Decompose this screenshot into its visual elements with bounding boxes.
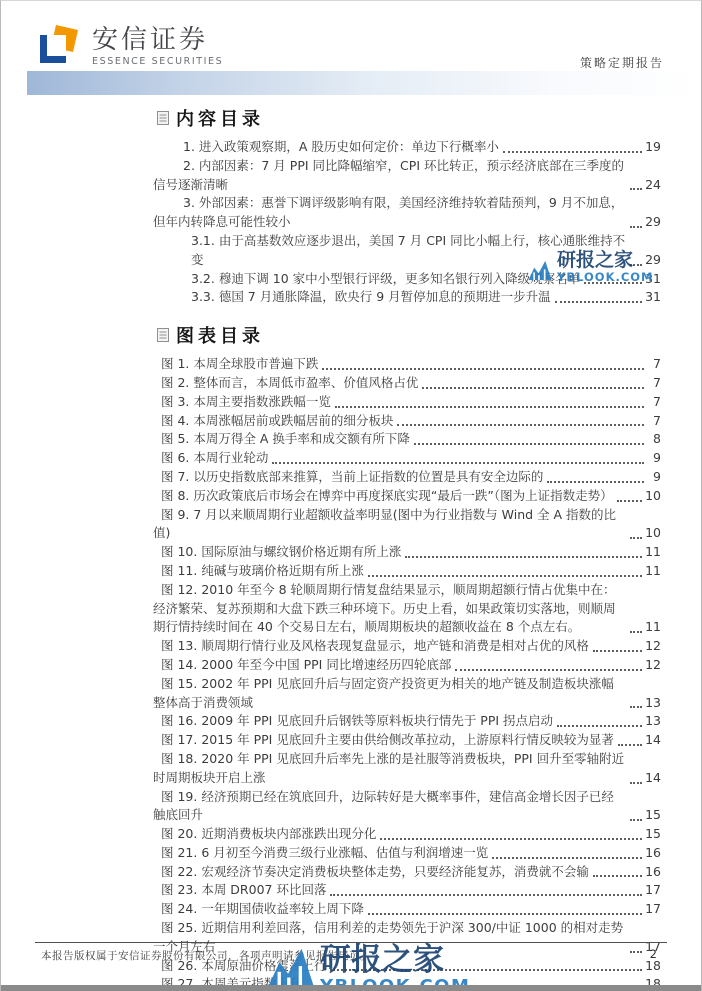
figure-entry: 图 6. 本周行业轮动9 xyxy=(153,449,661,468)
entry-page-number: 7 xyxy=(647,412,661,431)
figure-entry: 图 18. 2020 年 PPI 见底回升后率先上涨的是社服等消费板块，PPI … xyxy=(153,750,661,788)
entry-text: 图 19. 经济预期已经在筑底回升，边际转好是大概率事件，建信高金增长因子已经触… xyxy=(153,788,626,826)
entry-text: 3. 外部因素：惠誉下调评级影响有限，美国经济维持软着陆预判，9 月不加息，但年… xyxy=(153,194,626,232)
leader-dots xyxy=(414,443,644,445)
entry-label: 3. xyxy=(183,195,195,210)
page-bottom-strip xyxy=(1,985,701,991)
leader-dots xyxy=(547,481,644,483)
leader-dots xyxy=(630,951,642,953)
figure-entry: 图 10. 国际原油与螺纹钢价格近期有所上涨11 xyxy=(153,543,661,562)
entry-text: 图 6. 本周行业轮动 xyxy=(153,449,268,468)
figure-entry: 图 13. 顺周期行情行业及风格表现复盘显示，地产链和消费是相对占优的风格12 xyxy=(153,637,661,656)
leader-dots xyxy=(630,706,642,708)
entry-text: 图 15. 2002 年 PPI 见底回升后与固定资产投资更为相关的地产链及制造… xyxy=(153,675,626,713)
entry-page-number: 16 xyxy=(645,844,661,863)
watermark-site: YBLOOK.COM xyxy=(557,271,654,284)
watermark-name: 研报之家 xyxy=(320,944,470,977)
entry-label: 图 16. xyxy=(161,713,197,728)
entry-page-number: 17 xyxy=(645,881,661,900)
watermark-name: 研报之家 xyxy=(557,251,654,271)
entry-label: 图 1. xyxy=(161,356,189,371)
entry-text: 图 4. 本周涨幅居前或跌幅居前的细分板块 xyxy=(153,412,393,431)
entry-text: 图 10. 国际原油与螺纹钢价格近期有所上涨 xyxy=(153,543,401,562)
figures-section-title: 图表目录 xyxy=(157,322,661,348)
figure-entry: 图 16. 2009 年 PPI 见底回升后钢铁等原料板块行情先于 PPI 拐点… xyxy=(153,712,661,731)
entry-text: 图 24. 一年期国债收益率较上周下降 xyxy=(153,900,364,919)
entry-page-number: 13 xyxy=(645,712,661,731)
entry-label: 图 17. xyxy=(161,732,197,747)
leader-dots xyxy=(630,631,642,633)
leader-dots xyxy=(330,894,642,896)
leader-dots xyxy=(630,537,642,539)
watermark-top: 研报之家 YBLOOK.COM xyxy=(528,251,654,289)
entry-label: 图 21. xyxy=(161,845,197,860)
toc-entry: 3.3. 德国 7 月通胀降温，欧央行 9 月暂停加息的预期进一步升温31 xyxy=(153,288,661,307)
entry-page-number: 14 xyxy=(645,731,661,750)
leader-dots xyxy=(593,650,642,652)
leader-dots xyxy=(380,838,642,840)
entry-label: 图 19. xyxy=(161,789,197,804)
entry-text: 图 21. 6 月初至今消费三级行业涨幅、估值与利润增速一览 xyxy=(153,844,488,863)
entry-label: 图 24. xyxy=(161,901,197,916)
report-type-label: 策略定期报告 xyxy=(580,54,664,71)
leader-dots xyxy=(630,226,642,228)
leader-dots xyxy=(397,424,644,426)
entry-label: 图 3. xyxy=(161,394,189,409)
toc-entry: 2. 内部因素：7 月 PPI 同比降幅缩窄，CPI 环比转正，预示经济底部在三… xyxy=(153,157,661,195)
leader-dots xyxy=(335,406,644,408)
entry-page-number: 7 xyxy=(647,374,661,393)
figure-entry: 图 3. 本周主要指数涨跌幅一览7 xyxy=(153,393,661,412)
figure-entry: 图 11. 纯碱与玻璃价格近期有所上涨11 xyxy=(153,562,661,581)
leader-dots xyxy=(405,556,642,558)
figure-entry: 图 15. 2002 年 PPI 见底回升后与固定资产投资更为相关的地产链及制造… xyxy=(153,675,661,713)
toc-entry: 1. 进入政策观察期，A 股历史如何定价：单边下行概率小19 xyxy=(153,138,661,157)
entry-label: 图 9. xyxy=(161,507,189,522)
entry-text: 图 18. 2020 年 PPI 见底回升后率先上涨的是社服等消费板块，PPI … xyxy=(153,750,626,788)
entry-label: 图 6. xyxy=(161,450,189,465)
watermark-text: 研报之家 YBLOOK.COM xyxy=(320,944,470,991)
leader-dots xyxy=(630,188,642,190)
entry-text: 图 3. 本周主要指数涨跌幅一览 xyxy=(153,393,331,412)
brand-logo-icon xyxy=(36,25,82,65)
entry-text: 图 17. 2015 年 PPI 见底回升主要由供给侧改革拉动，上游原料行情反映… xyxy=(153,731,614,750)
entry-page-number: 8 xyxy=(647,430,661,449)
brand-text: 安信证券 ESSENCE SECURITIES xyxy=(92,25,223,67)
figure-entry: 图 22. 宏观经济节奏决定消费板块整体走势，只要经济能复苏，消费就不会输16 xyxy=(153,863,661,882)
entry-label: 图 13. xyxy=(161,638,197,653)
toc-section-title: 内容目录 xyxy=(157,105,661,131)
entry-page-number: 14 xyxy=(645,769,661,788)
leader-dots xyxy=(617,500,643,502)
entry-label: 图 12. xyxy=(161,582,197,597)
leader-dots xyxy=(618,744,642,746)
entry-label: 1. xyxy=(183,139,195,154)
entry-text: 图 12. 2010 年至今 8 轮顺周期行情复盘结果显示，顺周期超额行情占优集… xyxy=(153,581,626,637)
figure-entry: 图 7. 以历史指数底部来推算，当前上证指数的位置是具有安全边际的9 xyxy=(153,468,661,487)
figures-section-icon xyxy=(157,328,169,342)
entry-page-number: 11 xyxy=(645,543,661,562)
figures-list: 图 1. 本周全球股市普遍下跌7图 2. 整体而言，本周低市盈率、价值风格占优7… xyxy=(153,355,661,991)
watermark-logo-icon xyxy=(267,944,315,990)
brand-block: 安信证券 ESSENCE SECURITIES xyxy=(36,25,223,67)
entry-text: 1. 进入政策观察期，A 股历史如何定价：单边下行概率小 xyxy=(153,138,499,157)
figure-entry: 图 14. 2000 年至今中国 PPI 同比增速经历四轮底部12 xyxy=(153,656,661,675)
figure-entry: 图 8. 历次政策底后市场会在博弈中再度探底实现“最后一跌”（图为上证指数走势）… xyxy=(153,487,661,506)
entry-text: 图 20. 近期消费板块内部涨跌出现分化 xyxy=(153,825,376,844)
entry-page-number: 7 xyxy=(647,355,661,374)
figure-entry: 图 24. 一年期国债收益率较上周下降17 xyxy=(153,900,661,919)
entry-page-number: 29 xyxy=(645,213,661,232)
entry-text: 3.3. 德国 7 月通胀降温，欧央行 9 月暂停加息的预期进一步升温 xyxy=(191,288,551,307)
entry-page-number: 11 xyxy=(645,562,661,581)
brand-name-cn: 安信证券 xyxy=(92,25,223,55)
entry-page-number: 11 xyxy=(645,618,661,637)
figure-entry: 图 23. 本周 DR007 环比回落17 xyxy=(153,881,661,900)
entry-page-number: 13 xyxy=(645,694,661,713)
entry-page-number: 9 xyxy=(647,449,661,468)
entry-label: 图 15. xyxy=(161,676,197,691)
figure-entry: 图 17. 2015 年 PPI 见底回升主要由供给侧改革拉动，上游原料行情反映… xyxy=(153,731,661,750)
entry-page-number: 19 xyxy=(645,138,661,157)
report-page: 安信证券 ESSENCE SECURITIES 策略定期报告 内容目录 1. 进… xyxy=(0,0,702,991)
entry-page-number: 31 xyxy=(645,288,661,307)
leader-dots xyxy=(455,669,642,671)
leader-dots xyxy=(557,725,642,727)
figure-entry: 图 5. 本周万得全 A 换手率和成交额有所下降8 xyxy=(153,430,661,449)
toc-section-title-text: 内容目录 xyxy=(176,105,264,131)
watermark-logo-icon xyxy=(528,251,552,289)
figure-entry: 图 2. 整体而言，本周低市盈率、价值风格占优7 xyxy=(153,374,661,393)
entry-label: 图 23. xyxy=(161,882,197,897)
header-divider-bar xyxy=(27,71,701,95)
entry-label: 图 8. xyxy=(161,488,189,503)
toc-entry: 3. 外部因素：惠誉下调评级影响有限，美国经济维持软着陆预判，9 月不加息，但年… xyxy=(153,194,661,232)
entry-text: 3.2. 穆迪下调 10 家中小型银行评级，更多知名银行列入降级观察名单 xyxy=(191,270,580,289)
entry-label: 3.1. xyxy=(191,233,215,248)
entry-label: 图 7. xyxy=(161,469,189,484)
entry-page-number: 24 xyxy=(645,176,661,195)
figures-section-title-text: 图表目录 xyxy=(176,322,264,348)
entry-text: 图 1. 本周全球股市普遍下跌 xyxy=(153,355,318,374)
figure-entry: 图 4. 本周涨幅居前或跌幅居前的细分板块7 xyxy=(153,412,661,431)
leader-dots xyxy=(368,913,642,915)
leader-dots xyxy=(492,857,642,859)
entry-label: 图 2. xyxy=(161,375,189,390)
entry-text: 图 8. 历次政策底后市场会在博弈中再度探底实现“最后一跌”（图为上证指数走势） xyxy=(153,487,613,506)
leader-dots xyxy=(422,387,644,389)
entry-page-number: 10 xyxy=(645,524,661,543)
figure-entry: 图 12. 2010 年至今 8 轮顺周期行情复盘结果显示，顺周期超额行情占优集… xyxy=(153,581,661,637)
entry-label: 图 14. xyxy=(161,657,197,672)
leader-dots xyxy=(630,782,642,784)
entry-page-number: 17 xyxy=(645,900,661,919)
entry-page-number: 12 xyxy=(645,637,661,656)
figure-entry: 图 20. 近期消费板块内部涨跌出现分化15 xyxy=(153,825,661,844)
entry-text: 2. 内部因素：7 月 PPI 同比降幅缩窄，CPI 环比转正，预示经济底部在三… xyxy=(153,157,626,195)
toc-content: 内容目录 1. 进入政策观察期，A 股历史如何定价：单边下行概率小192. 内部… xyxy=(153,97,661,991)
entry-text: 图 14. 2000 年至今中国 PPI 同比增速经历四轮底部 xyxy=(153,656,451,675)
entry-text: 图 2. 整体而言，本周低市盈率、价值风格占优 xyxy=(153,374,418,393)
entry-text: 图 16. 2009 年 PPI 见底回升后钢铁等原料板块行情先于 PPI 拐点… xyxy=(153,712,553,731)
leader-dots xyxy=(322,368,644,370)
entry-page-number: 12 xyxy=(645,656,661,675)
figure-entry: 图 19. 经济预期已经在筑底回升，边际转好是大概率事件，建信高金增长因子已经触… xyxy=(153,788,661,826)
entry-label: 图 20. xyxy=(161,826,197,841)
entry-label: 图 18. xyxy=(161,751,197,766)
entry-label: 3.3. xyxy=(191,289,215,304)
entry-label: 图 25. xyxy=(161,920,197,935)
entry-label: 图 22. xyxy=(161,864,197,879)
leader-dots xyxy=(272,462,644,464)
entry-label: 图 5. xyxy=(161,431,189,446)
leader-dots xyxy=(593,875,642,877)
entry-label: 图 11. xyxy=(161,563,197,578)
entry-page-number: 10 xyxy=(645,487,661,506)
entry-page-number: 15 xyxy=(645,825,661,844)
watermark-bottom: 研报之家 YBLOOK.COM xyxy=(267,944,470,991)
footer-page-number: 2 xyxy=(650,947,657,961)
entry-page-number: 7 xyxy=(647,393,661,412)
entry-page-number: 9 xyxy=(647,468,661,487)
entry-label: 图 10. xyxy=(161,544,197,559)
entry-text: 图 13. 顺周期行情行业及风格表现复盘显示，地产链和消费是相对占优的风格 xyxy=(153,637,589,656)
watermark-text: 研报之家 YBLOOK.COM xyxy=(557,251,654,284)
brand-name-en: ESSENCE SECURITIES xyxy=(92,56,223,67)
leader-dots xyxy=(368,575,642,577)
entry-text: 图 5. 本周万得全 A 换手率和成交额有所下降 xyxy=(153,430,410,449)
toc-section-icon xyxy=(157,111,169,125)
figure-entry: 图 21. 6 月初至今消费三级行业涨幅、估值与利润增速一览16 xyxy=(153,844,661,863)
leader-dots xyxy=(630,819,642,821)
entry-label: 2. xyxy=(183,158,195,173)
entry-text: 图 11. 纯碱与玻璃价格近期有所上涨 xyxy=(153,562,364,581)
figure-entry: 图 9. 7 月以来顺周期行业超额收益率明显(图中为行业指数与 Wind 全 A… xyxy=(153,506,661,544)
entry-text: 图 23. 本周 DR007 环比回落 xyxy=(153,881,326,900)
leader-dots xyxy=(503,151,642,153)
figure-entry: 图 1. 本周全球股市普遍下跌7 xyxy=(153,355,661,374)
entry-page-number: 15 xyxy=(645,806,661,825)
entry-text: 图 9. 7 月以来顺周期行业超额收益率明显(图中为行业指数与 Wind 全 A… xyxy=(153,506,626,544)
entry-text: 图 22. 宏观经济节奏决定消费板块整体走势，只要经济能复苏，消费就不会输 xyxy=(153,863,589,882)
entry-label: 图 4. xyxy=(161,413,189,428)
entry-page-number: 16 xyxy=(645,863,661,882)
entry-text: 图 7. 以历史指数底部来推算，当前上证指数的位置是具有安全边际的 xyxy=(153,468,543,487)
leader-dots xyxy=(555,301,642,303)
entry-label: 3.2. xyxy=(191,271,215,286)
